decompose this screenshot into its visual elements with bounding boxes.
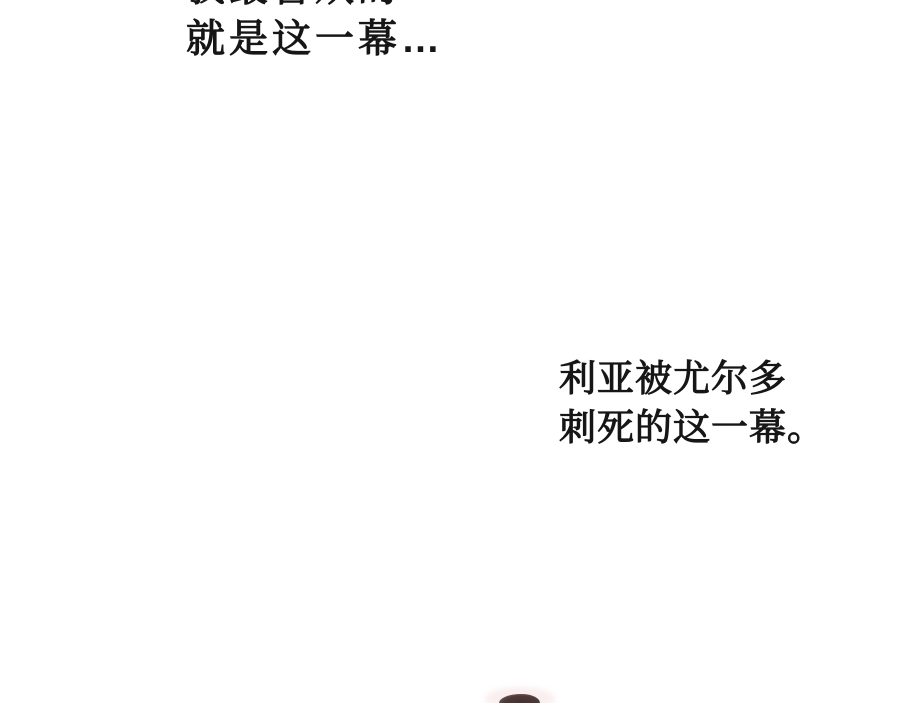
character-head-top-image	[480, 681, 560, 703]
comic-page: 我最喜欢的 就是这一幕… 利亚被尤尔多 刺死的这一幕。	[0, 0, 900, 703]
narration-top: 我最喜欢的 就是这一幕…	[186, 0, 444, 65]
narration-top-line2: 就是这一幕…	[186, 14, 444, 65]
narration-mid: 利亚被尤尔多 刺死的这一幕。	[559, 354, 825, 452]
hair-top-icon	[499, 694, 540, 703]
head-glow	[485, 687, 555, 703]
narration-top-line1: 我最喜欢的	[186, 0, 444, 14]
narration-mid-line2: 刺死的这一幕。	[559, 403, 825, 452]
narration-mid-line1: 利亚被尤尔多	[559, 354, 825, 403]
